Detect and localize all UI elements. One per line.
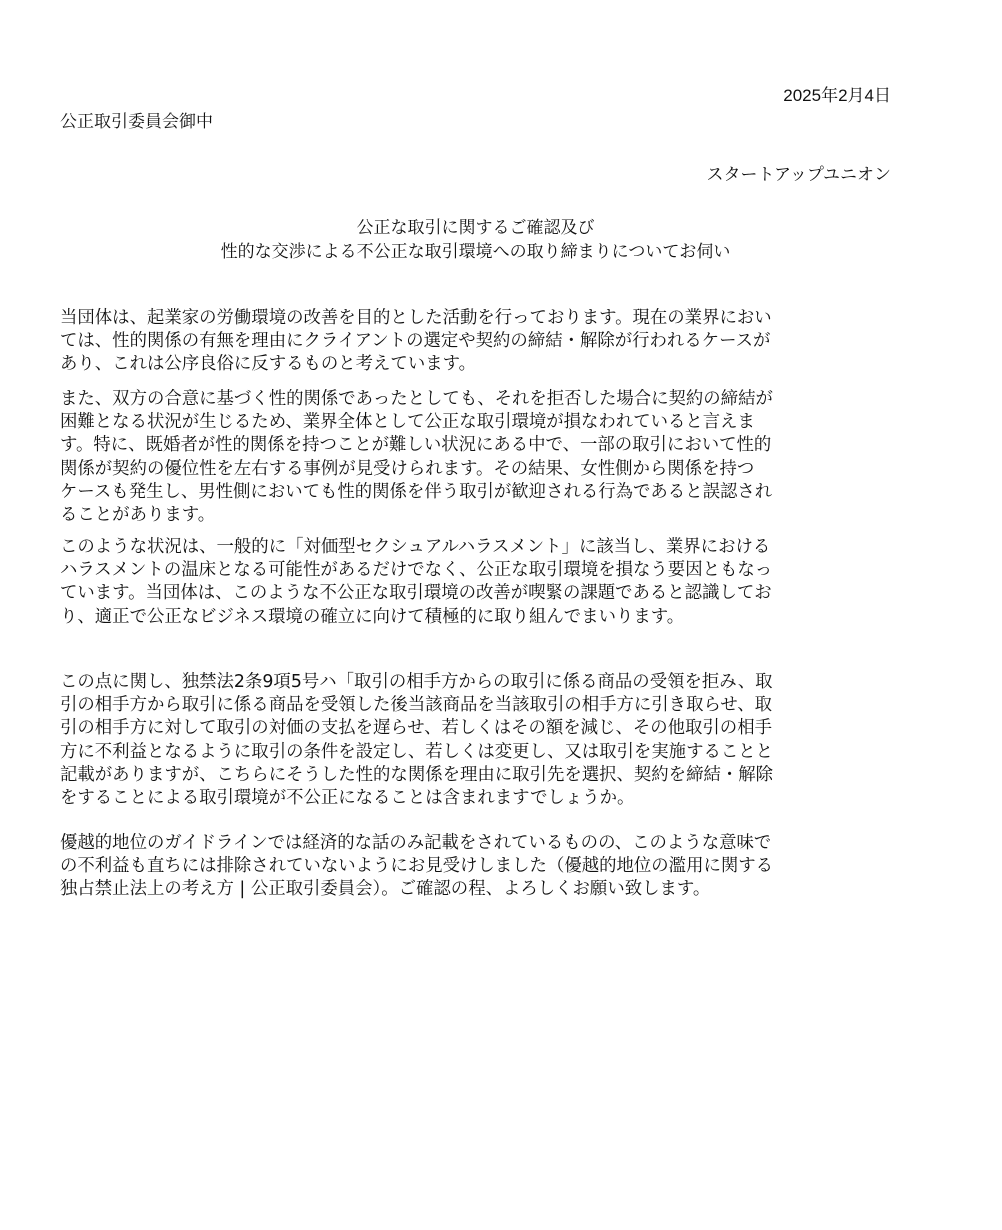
letter-date: 2025年2月4日 — [783, 84, 891, 108]
paragraph-intro: 当団体は、起業家の労働環境の改善を目的とした活動を行っております。現在の業界にお… — [60, 307, 891, 377]
paragraph-line: す。特に、既婚者が性的関係を持つことが難しい状況にある中で、一部の取引において性… — [60, 434, 891, 457]
paragraph-line: り、適正で公正なビジネス環境の確立に向けて積極的に取り組んでまいります。 — [60, 606, 891, 629]
letter-sender: スタートアップユニオン — [707, 163, 891, 187]
paragraph-line: ることがあります。 — [60, 504, 891, 527]
letter-title: 公正な取引に関するご確認及び 性的な交渉による不公正な取引環境への取り締まりにつ… — [60, 216, 891, 264]
paragraph-line: ハラスメントの温床となる可能性があるだけでなく、公正な取引環境を損なう要因ともな… — [60, 559, 891, 582]
paragraph-line: 困難となる状況が生じるため、業界全体として公正な取引環境が損なわれていると言えま — [60, 411, 891, 434]
paragraph-line: このような状況は、一般的に「対価型セクシュアルハラスメント」に該当し、業界におけ… — [60, 536, 891, 559]
paragraph-situation: また、双方の合意に基づく性的関係であったとしても、それを拒否した場合に契約の締結… — [60, 388, 891, 527]
paragraph-antimonopoly-question: この点に関し、独禁法2条9項5号ハ「取引の相手方からの取引に係る商品の受領を拒み… — [60, 671, 891, 810]
title-line: 性的な交渉による不公正な取引環境への取り締まりについてお伺い — [60, 240, 891, 264]
letter-addressee: 公正取引委員会御中 — [60, 110, 213, 134]
paragraph-line: また、双方の合意に基づく性的関係であったとしても、それを拒否した場合に契約の締結… — [60, 388, 891, 411]
paragraph-line: 方に不利益となるように取引の条件を設定し、若しくは変更し、又は取引を実施すること… — [60, 741, 891, 764]
paragraph-line: 関係が契約の優位性を左右する事例が見受けられます。その結果、女性側から関係を持つ — [60, 458, 891, 481]
paragraph-line: 当団体は、起業家の労働環境の改善を目的とした活動を行っております。現在の業界にお… — [60, 307, 891, 330]
paragraph-line: 優越的地位のガイドラインでは経済的な話のみ記載をされているものの、このような意味… — [60, 832, 891, 855]
paragraph-line: 独占禁止法上の考え方 | 公正取引委員会）。ご確認の程、よろしくお願い致します。 — [60, 878, 891, 901]
paragraph-line: ています。当団体は、このような不公正な取引環境の改善が喫緊の課題であると認識して… — [60, 582, 891, 605]
paragraph-guideline-closing: 優越的地位のガイドラインでは経済的な話のみ記載をされているものの、このような意味… — [60, 832, 891, 902]
paragraph-line: あり、これは公序良俗に反するものと考えています。 — [60, 353, 891, 376]
paragraph-line: 記載がありますが、こちらにそうした性的な関係を理由に取引先を選択、契約を締結・解… — [60, 764, 891, 787]
paragraph-harassment: このような状況は、一般的に「対価型セクシュアルハラスメント」に該当し、業界におけ… — [60, 536, 891, 629]
paragraph-line: をすることによる取引環境が不公正になることは含まれますでしょうか。 — [60, 787, 891, 810]
paragraph-line: ては、性的関係の有無を理由にクライアントの選定や契約の締結・解除が行われるケース… — [60, 330, 891, 353]
paragraph-line: 引の相手方から取引に係る商品を受領した後当該商品を当該取引の相手方に引き取らせ、… — [60, 694, 891, 717]
paragraph-line: の不利益も直ちには排除されていないようにお見受けしました（優越的地位の濫用に関す… — [60, 855, 891, 878]
paragraph-line: ケースも発生し、男性側においても性的関係を伴う取引が歓迎される行為であると誤認さ… — [60, 481, 891, 504]
title-line: 公正な取引に関するご確認及び — [60, 216, 891, 240]
paragraph-line: 引の相手方に対して取引の対価の支払を遅らせ、若しくはその額を減じ、その他取引の相… — [60, 717, 891, 740]
paragraph-line: この点に関し、独禁法2条9項5号ハ「取引の相手方からの取引に係る商品の受領を拒み… — [60, 671, 891, 694]
